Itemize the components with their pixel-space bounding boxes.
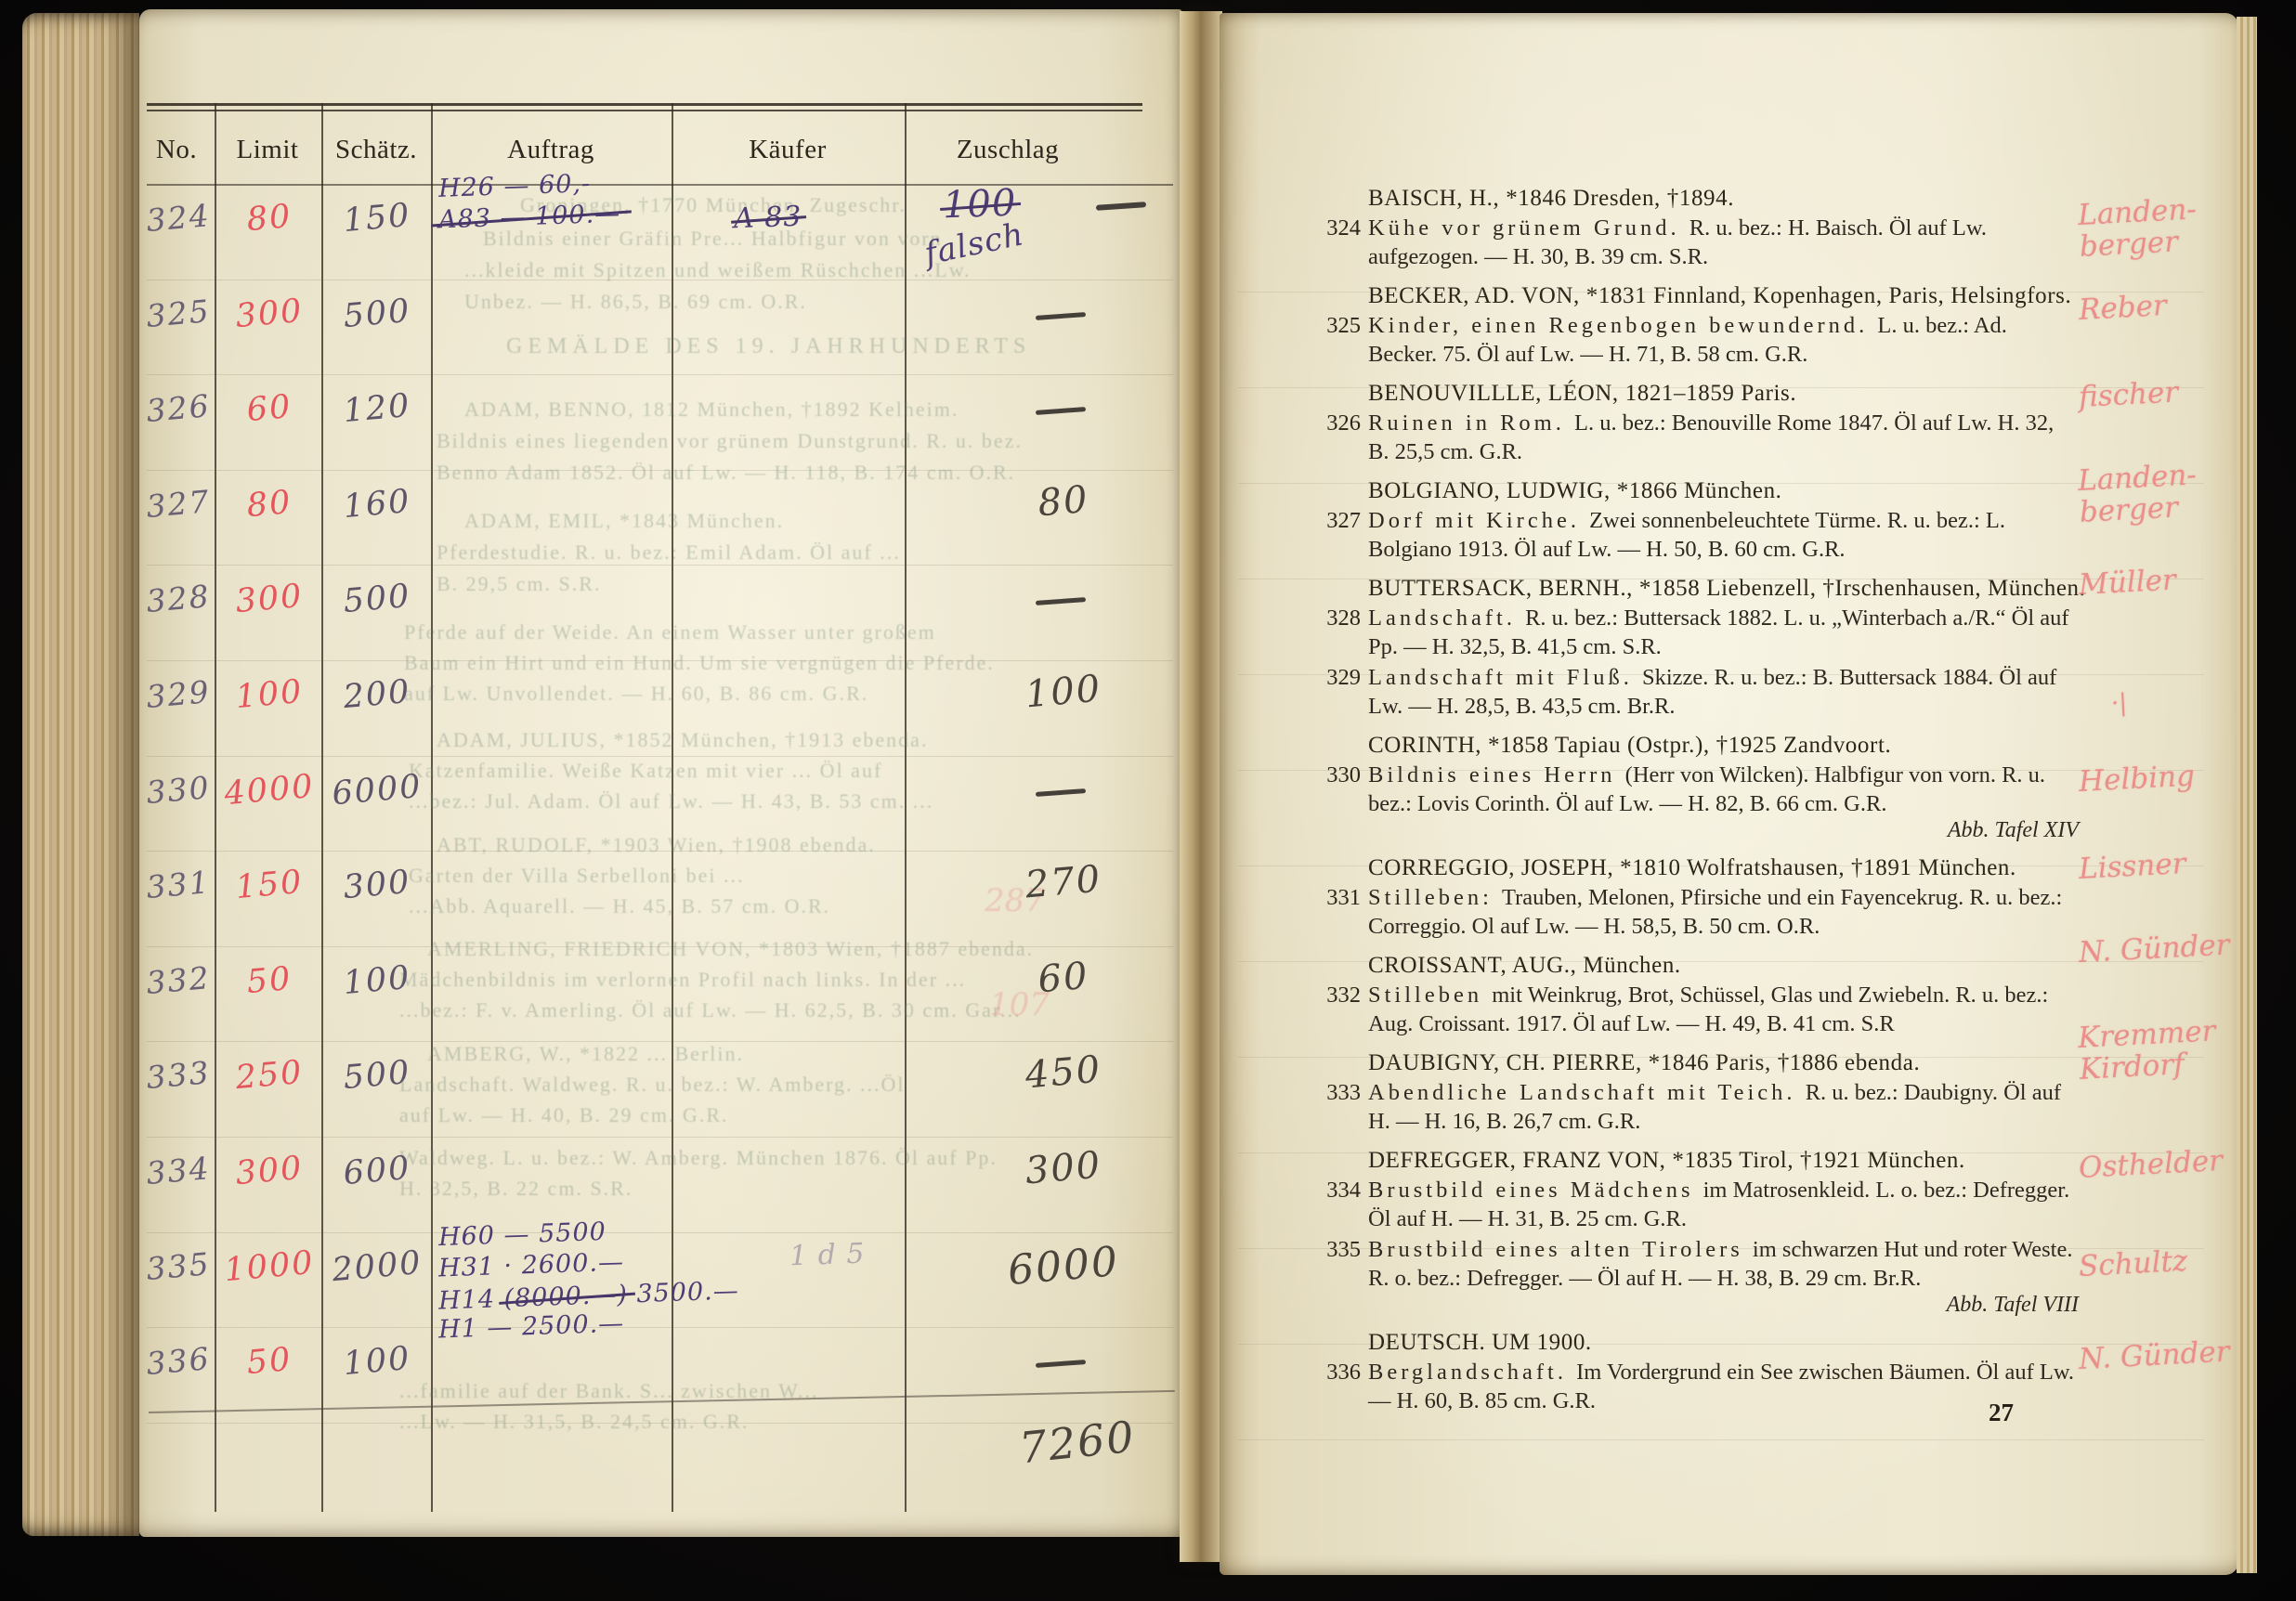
row-rule-2 — [147, 374, 1173, 375]
schaetz-value: 500 — [342, 292, 412, 334]
lot-title: Landschaft. — [1368, 605, 1525, 631]
plate-reference-note: Abb. Tafel VIII — [1368, 1293, 2079, 1318]
zuschlag-dash — [1036, 598, 1086, 606]
zuschlag-value: 270 — [1024, 858, 1103, 907]
lot-number: 326 — [1309, 409, 1361, 437]
lot-description: 327Dorf mit Kirche. Zwei sonnenbeleuchte… — [1368, 506, 2079, 564]
lot-title: Abendliche Landschaft mit Teich. — [1368, 1080, 1806, 1105]
lot-number-cell: 324 — [145, 197, 212, 239]
ghost-text-line: Waldweg. L. u. bez.: W. Amberg. München … — [399, 1146, 998, 1170]
lot-number-cell: 331 — [145, 864, 212, 905]
margin-name-line: berger — [2079, 222, 2238, 263]
lot-title: Berglandschaft. — [1368, 1360, 1576, 1385]
schaetz-value: 500 — [342, 578, 412, 620]
lot-title: Stilleben — [1368, 983, 1492, 1008]
margin-name: N. Günder — [2078, 928, 2238, 969]
column-header-No: No. — [156, 135, 197, 165]
lot-number-cell: 333 — [145, 1054, 212, 1096]
margin-name: Osthelder — [2078, 1143, 2238, 1184]
showthrough-rule — [1238, 1152, 2204, 1153]
lot-title: Stilleben: — [1368, 885, 1502, 910]
ghost-text-line: Pferde auf der Weide. An einem Wasser un… — [404, 620, 936, 644]
zuschlag-dash — [1036, 1360, 1086, 1368]
ghost-text-line: AMERLING, FRIEDRICH VON, *1803 Wien, †18… — [427, 937, 1034, 961]
margin-name: N. Günder — [2078, 1334, 2238, 1375]
auftrag-note-line: H31 · 2600.— — [438, 1247, 625, 1282]
lot-number: 324 — [1309, 214, 1361, 242]
zuschlag-value: 450 — [1024, 1048, 1103, 1098]
schaetz-value: 300 — [342, 864, 412, 906]
limit-value: 80 — [245, 484, 294, 525]
lot-number: 328 — [1309, 604, 1361, 632]
lot-number: 330 — [1309, 761, 1361, 789]
lot-title: Brustbild eines Mädchens — [1368, 1178, 1703, 1203]
left-page-edge-stack — [22, 13, 139, 1536]
left-ledger-page: No.LimitSchätz.AuftragKäuferZuschlagGron… — [139, 9, 1182, 1537]
ghost-text-line: Mädchenbildnis im verlornen Profil nach … — [399, 968, 966, 992]
zuschlag-value: 6000 — [1006, 1237, 1121, 1294]
lot-number-cell: 336 — [145, 1340, 212, 1382]
row-rule-12 — [147, 1327, 1173, 1328]
lot-title: Brustbild eines alten Tirolers — [1368, 1237, 1753, 1262]
lot-description: 334Brustbild eines Mädchens im Matrosenk… — [1368, 1176, 2079, 1233]
lot-number: 333 — [1309, 1078, 1361, 1107]
column-header-Limit: Limit — [237, 135, 299, 165]
kaeufer-faint-mark: 1 d 5 — [789, 1237, 866, 1272]
showthrough-rule — [1238, 1248, 2204, 1249]
lot-number: 331 — [1309, 883, 1361, 912]
margin-name: ·| — [2110, 679, 2238, 720]
lot-entries: BAISCH, H., *1846 Dresden, †1894.324Kühe… — [1368, 186, 2079, 1427]
lot-number-cell: 326 — [145, 387, 212, 429]
zuschlag-value: 300 — [1024, 1143, 1103, 1192]
ghost-text-line: ...bez.: F. v. Amerling. Öl auf Lw. — H.… — [399, 998, 1021, 1022]
limit-value: 100 — [234, 673, 305, 716]
lot-title: Landschaft mit Fluß. — [1368, 665, 1642, 690]
artist-header-line: BECKER, AD. VON, *1831 Finnland, Kopenha… — [1368, 283, 2079, 309]
schaetz-value: 150 — [342, 197, 412, 240]
lot-description: 331Stilleben: Trauben, Melonen, Pfirsich… — [1368, 883, 2079, 941]
ghost-text-line: ...bez.: Jul. Adam. Öl auf Lw. — H. 43, … — [409, 789, 933, 814]
zuschlag-falsch-word: falsch — [921, 215, 1027, 273]
auftrag-note-text: H14 — [438, 1284, 505, 1315]
row-rule-10 — [147, 1137, 1173, 1138]
lot-number-cell: 328 — [145, 578, 212, 619]
catalog-entry: CORREGGIO, JOSEPH, *1810 Wolfratshausen,… — [1368, 855, 2079, 941]
ghost-text-line: H. 32,5, B. 22 cm. S.R. — [399, 1177, 633, 1201]
zuschlag-value: 80 — [1037, 477, 1091, 525]
zuschlag-dash — [1036, 407, 1086, 415]
lot-number: 332 — [1309, 981, 1361, 1009]
column-header-Kufer: Käufer — [749, 135, 827, 165]
showthrough-rule — [1238, 292, 2204, 293]
book-gutter — [1180, 11, 1222, 1562]
lot-number: 336 — [1309, 1358, 1361, 1386]
catalog-entry: BAISCH, H., *1846 Dresden, †1894.324Kühe… — [1368, 186, 2079, 271]
lot-description: 325Kinder, einen Regenbogen bewundernd. … — [1368, 311, 2079, 369]
ghost-text-line: ABT, RUDOLF, *1903 Wien, †1908 ebenda. — [437, 833, 876, 857]
ghost-text-line: B. 29,5 cm. S.R. — [437, 572, 601, 596]
catalog-scan: No.LimitSchätz.AuftragKäuferZuschlagGron… — [0, 0, 2296, 1601]
lot-number: 325 — [1309, 311, 1361, 340]
column-header-Schtz: Schätz. — [335, 135, 417, 165]
ghost-text-line: Bildnis eines liegenden vor grünem Dunst… — [437, 429, 1023, 453]
lot-description: 336Berglandschaft. Im Vordergrund ein Se… — [1368, 1358, 2079, 1415]
ghost-text-line: ...Abb. Aquarell. — H. 45, B. 57 cm. O.R… — [409, 894, 830, 918]
limit-value: 250 — [234, 1054, 305, 1097]
artist-header-line: DEUTSCH. UM 1900. — [1368, 1330, 2079, 1356]
catalog-entry: DEFREGGER, FRANZ VON, *1835 Tirol, †1921… — [1368, 1148, 2079, 1318]
catalog-entry: BECKER, AD. VON, *1831 Finnland, Kopenha… — [1368, 283, 2079, 369]
artist-header-line: CORREGGIO, JOSEPH, *1810 Wolfratshausen,… — [1368, 855, 2079, 881]
column-header-Zuschlag: Zuschlag — [957, 135, 1059, 165]
lot-number-cell: 334 — [145, 1150, 212, 1191]
zuschlag-value: 60 — [1037, 954, 1091, 1001]
margin-name-line: Osthelder — [2078, 1143, 2238, 1184]
row-rule-4 — [147, 565, 1173, 566]
schaetz-value: 2000 — [331, 1243, 424, 1288]
schaetz-value: 200 — [342, 673, 412, 716]
showthrough-rule — [1238, 770, 2204, 771]
margin-name-line: Müller — [2078, 560, 2238, 601]
column-rule-1 — [321, 103, 323, 1512]
lot-description: 328Landschaft. R. u. bez.: Buttersack 18… — [1368, 604, 2079, 661]
showthrough-rule — [1238, 387, 2204, 388]
auftrag-note-text: 3500.— — [627, 1276, 739, 1308]
auftrag-note-line: H1 — 2500.— — [438, 1308, 625, 1344]
lot-title: Bildnis eines Herrn — [1368, 762, 1625, 787]
limit-value: 300 — [234, 1150, 305, 1192]
ghost-text-line: Benno Adam 1852. Öl auf Lw. — H. 118, B.… — [437, 461, 1015, 485]
ghost-text-line: ADAM, EMIL, *1843 München. — [464, 509, 784, 533]
table-top-rule2 — [147, 110, 1142, 111]
zuschlag-dash — [1036, 788, 1086, 797]
schaetz-value: 600 — [342, 1150, 412, 1192]
margin-name: Landen-berger — [2077, 190, 2238, 263]
catalog-entry: BUTTERSACK, BERNH., *1858 Liebenzell, †I… — [1368, 576, 2079, 721]
artist-header-line: BUTTERSACK, BERNH., *1858 Liebenzell, †I… — [1368, 576, 2079, 602]
lot-number-cell: 330 — [145, 769, 212, 811]
lot-title: Kinder, einen Regenbogen bewundernd. — [1368, 313, 1877, 338]
lot-description: 332Stilleben mit Weinkrug, Brot, Schüsse… — [1368, 981, 2079, 1038]
limit-value: 300 — [234, 578, 305, 620]
lot-description: 326Ruinen in Rom. L. u. bez.: Benouville… — [1368, 409, 2079, 466]
ghost-text-line: ...kleide mit Spitzen und weißem Rüschch… — [464, 258, 972, 282]
margin-name-line: N. Günder — [2078, 1334, 2238, 1375]
showthrough-rule — [1238, 961, 2204, 962]
limit-value: 4000 — [223, 767, 316, 812]
showthrough-rule — [1238, 1344, 2204, 1345]
artist-header-line: BENOUVILLLE, LÉON, 1821–1859 Paris. — [1368, 381, 2079, 407]
auftrag-note-text: H26 — 60,- — [438, 169, 592, 203]
ghost-text-line: ADAM, BENNO, 1812 München, †1892 Kelheim… — [464, 397, 959, 422]
lot-number: 335 — [1309, 1235, 1361, 1264]
ghost-text-line: auf Lw. Unvollendet. — H. 60, B. 86 cm. … — [404, 682, 868, 706]
showthrough-rule — [1238, 1439, 2204, 1440]
lot-description: 324Kühe vor grünem Grund. R. u. bez.: H.… — [1368, 214, 2079, 271]
row-rule-0 — [147, 184, 1173, 186]
margin-name-line: Schultz — [2078, 1242, 2238, 1282]
ghost-text-line: Garten der Villa Serbelloni bei ... — [409, 864, 745, 888]
lot-number-cell: 325 — [145, 293, 212, 334]
lot-title: Ruinen in Rom. — [1368, 410, 1574, 436]
limit-value: 80 — [245, 198, 294, 239]
margin-name: KremmerKirdorf — [2077, 1013, 2238, 1086]
margin-name-line: N. Günder — [2078, 928, 2238, 969]
limit-value: 150 — [234, 864, 305, 906]
margin-name-line: fischer — [2078, 372, 2238, 413]
schaetz-value: 100 — [342, 959, 412, 1002]
artist-header-line: CORINTH, *1858 Tapiau (Ostpr.), †1925 Za… — [1368, 733, 2079, 759]
lot-number-cell: 329 — [145, 673, 212, 715]
auftrag-note-text: H31 · 2600.— — [438, 1247, 625, 1282]
ghost-text-line: GEMÄLDE DES 19. JAHRHUNDERTS — [506, 334, 1031, 359]
catalog-entry: BENOUVILLLE, LÉON, 1821–1859 Paris.326Ru… — [1368, 381, 2079, 466]
limit-value: 1000 — [223, 1243, 316, 1288]
limit-value: 300 — [234, 292, 305, 334]
artist-header-line: DAUBIGNY, CH. PIERRE, *1846 Paris, †1886… — [1368, 1050, 2079, 1076]
margin-name: Reber — [2078, 285, 2238, 326]
ghost-text-line: AMBERG, W., *1822 ... Berlin. — [427, 1042, 744, 1066]
right-catalog-page: BAISCH, H., *1846 Dresden, †1894.324Kühe… — [1220, 13, 2238, 1575]
schaetz-value: 6000 — [331, 767, 424, 812]
auftrag-note-line: H26 — 60,- — [438, 169, 592, 203]
column-header-Auftrag: Auftrag — [507, 135, 594, 165]
zuschlag-value: 100 — [1024, 667, 1103, 716]
lot-number: 334 — [1309, 1176, 1361, 1204]
auftrag-note-text: H60 — 5500 — [438, 1217, 607, 1251]
plate-reference-note: Abb. Tafel XIV — [1368, 818, 2079, 843]
ghost-text-line: Pferdestudie. R. u. bez.: Emil Adam. Öl … — [437, 540, 901, 565]
zuschlag-total: 7260 — [1017, 1412, 1138, 1474]
ghost-text-line: ADAM, JULIUS, *1852 München, †1913 ebend… — [437, 728, 928, 752]
margin-name: Müller — [2078, 560, 2238, 601]
catalog-entry: CROISSANT, AUG., München.332Stilleben mi… — [1368, 953, 2079, 1038]
lot-description: 333Abendliche Landschaft mit Teich. R. u… — [1368, 1078, 2079, 1136]
schaetz-value: 160 — [342, 483, 412, 526]
margin-name: Lissner — [2078, 844, 2238, 885]
ghost-text-line: ...Lw. — H. 31,5, B. 24,5 cm. G.R. — [399, 1410, 749, 1434]
row-rule-6 — [147, 756, 1173, 757]
artist-header-line: BAISCH, H., *1846 Dresden, †1894. — [1368, 186, 2079, 212]
schaetz-value: 500 — [342, 1054, 412, 1097]
margin-name-line: Reber — [2078, 285, 2238, 326]
schaetz-value: 120 — [342, 387, 412, 430]
margin-name: Schultz — [2078, 1242, 2238, 1282]
artist-header-line: CROISSANT, AUG., München. — [1368, 953, 2079, 979]
margin-name-line: Lissner — [2078, 844, 2238, 885]
column-rule-0 — [215, 103, 216, 1512]
limit-value: 50 — [245, 960, 294, 1001]
catalog-entry: CORINTH, *1858 Tapiau (Ostpr.), †1925 Za… — [1368, 733, 2079, 843]
catalog-entry: BOLGIANO, LUDWIG, *1866 München.327Dorf … — [1368, 478, 2079, 564]
margin-name-line: berger — [2079, 488, 2238, 528]
zuschlag-dash — [1036, 312, 1086, 320]
showthrough-rule — [1238, 483, 2204, 484]
lot-description: 329Landschaft mit Fluß. Skizze. R. u. be… — [1368, 663, 2079, 721]
page-number: 27 — [1989, 1399, 2014, 1427]
showthrough-rule — [1238, 674, 2204, 675]
showthrough-rule — [1238, 579, 2204, 579]
showthrough-rule — [1238, 866, 2204, 866]
margin-name-line: Helbing — [2078, 757, 2238, 798]
ghost-text-line: Landschaft. Waldweg. R. u. bez.: W. Ambe… — [399, 1073, 906, 1097]
margin-name-line: Kirdorf — [2079, 1045, 2238, 1086]
auftrag-note-line: H60 — 5500 — [438, 1217, 607, 1251]
lot-title: Kühe vor grünem Grund. — [1368, 215, 1689, 241]
kaeufer-name: A 83 — [733, 201, 802, 236]
ghost-text-line: Katzenfamilie. Weiße Katzen mit vier ...… — [409, 759, 882, 783]
limit-value: 60 — [245, 388, 294, 429]
catalog-entry: DAUBIGNY, CH. PIERRE, *1846 Paris, †1886… — [1368, 1050, 2079, 1136]
lot-number-cell: 327 — [145, 483, 212, 525]
margin-name: Landen-berger — [2077, 456, 2238, 528]
table-top-rule — [147, 103, 1142, 106]
right-page-edge-stack — [2237, 17, 2257, 1573]
zuschlag-dash — [1096, 202, 1146, 211]
ghost-text-line: Baum ein Hirt und ein Hund. Um sie vergn… — [404, 651, 995, 675]
lot-number-cell: 332 — [145, 959, 212, 1001]
schaetz-value: 100 — [342, 1340, 412, 1383]
auftrag-note-text: H1 — 2500.— — [438, 1308, 625, 1344]
margin-name-line: ·| — [2110, 679, 2238, 720]
lot-number: 329 — [1309, 663, 1361, 692]
limit-value: 50 — [245, 1341, 294, 1382]
lot-number: 327 — [1309, 506, 1361, 535]
lot-number-cell: 335 — [145, 1245, 212, 1287]
catalog-entry: DEUTSCH. UM 1900.336Berglandschaft. Im V… — [1368, 1330, 2079, 1415]
margin-name: fischer — [2078, 372, 2238, 413]
row-rule-11 — [147, 1232, 1173, 1233]
showthrough-rule — [1238, 1057, 2204, 1058]
margin-name: Helbing — [2078, 757, 2238, 798]
auftrag-note-struck: (8000.—) — [503, 1280, 628, 1313]
ghost-text-line: auf Lw. — H. 40, B. 29 cm. G.R. — [399, 1103, 729, 1127]
lot-description: 335Brustbild eines alten Tirolers im sch… — [1368, 1235, 2079, 1293]
kaeufer-note: A 83 — [733, 201, 802, 236]
lot-title: Dorf mit Kirche. — [1368, 508, 1589, 533]
ghost-text-line: Unbez. — H. 86,5, B. 69 cm. O.R. — [464, 290, 807, 314]
